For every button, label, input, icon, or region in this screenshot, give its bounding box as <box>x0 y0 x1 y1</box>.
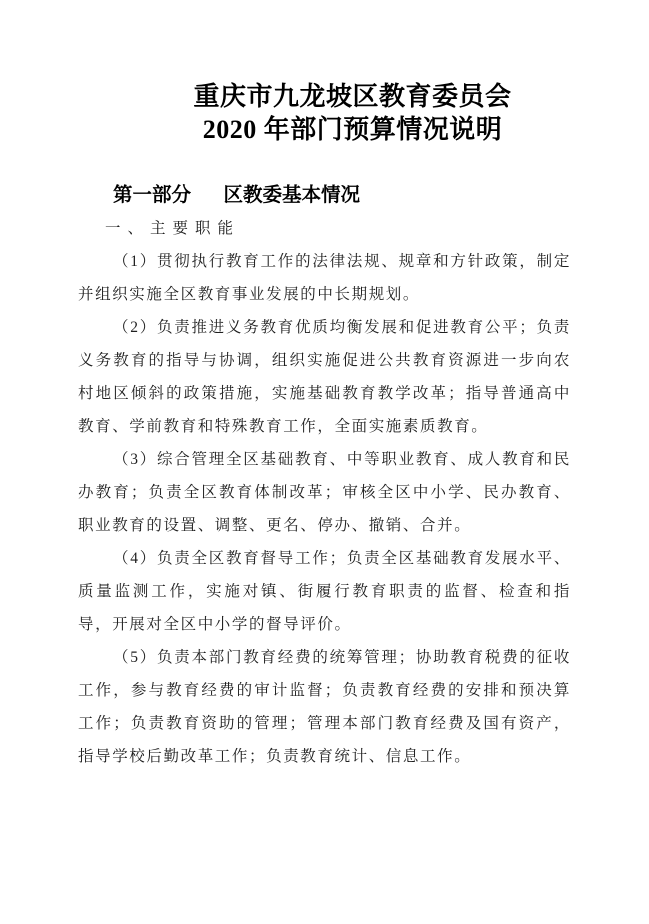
title-section-spacer <box>78 146 571 179</box>
paragraph-functions-1: （1）贯彻执行教育工作的法律法规、规章和方针政策，制定并组织实施全区教育事业发展… <box>78 245 571 311</box>
paragraph-functions-4: （4）负责全区教育督导工作；负责全区基础教育发展水平、质量监测工作，实施对镇、街… <box>78 542 571 641</box>
section-label: 第一部分 <box>113 184 191 206</box>
document-page: 重庆市九龙坡区教育委员会 2020 年部门预算情况说明 第一部分 区教委基本情况… <box>0 0 649 924</box>
section-heading: 第一部分 区教委基本情况 <box>78 179 571 212</box>
document-title-line2: 2020 年部门预算情况说明 <box>134 113 571 146</box>
paragraph-functions-2: （2）负责推进义务教育优质均衡发展和促进教育公平；负责义务教育的指导与协调，组织… <box>78 311 571 443</box>
document-title-line1: 重庆市九龙坡区教育委员会 <box>134 80 571 113</box>
paragraph-functions-5: （5）负责本部门教育经费的统筹管理；协助教育税费的征收工作，参与教育经费的审计监… <box>78 641 571 773</box>
document-title: 重庆市九龙坡区教育委员会 2020 年部门预算情况说明 <box>134 80 571 146</box>
section-title: 区教委基本情况 <box>223 184 360 206</box>
paragraph-functions-3: （3）综合管理全区基础教育、中等职业教育、成人教育和民办教育；负责全区教育体制改… <box>78 443 571 542</box>
subsection-heading: 一、主要职能 <box>78 212 571 245</box>
